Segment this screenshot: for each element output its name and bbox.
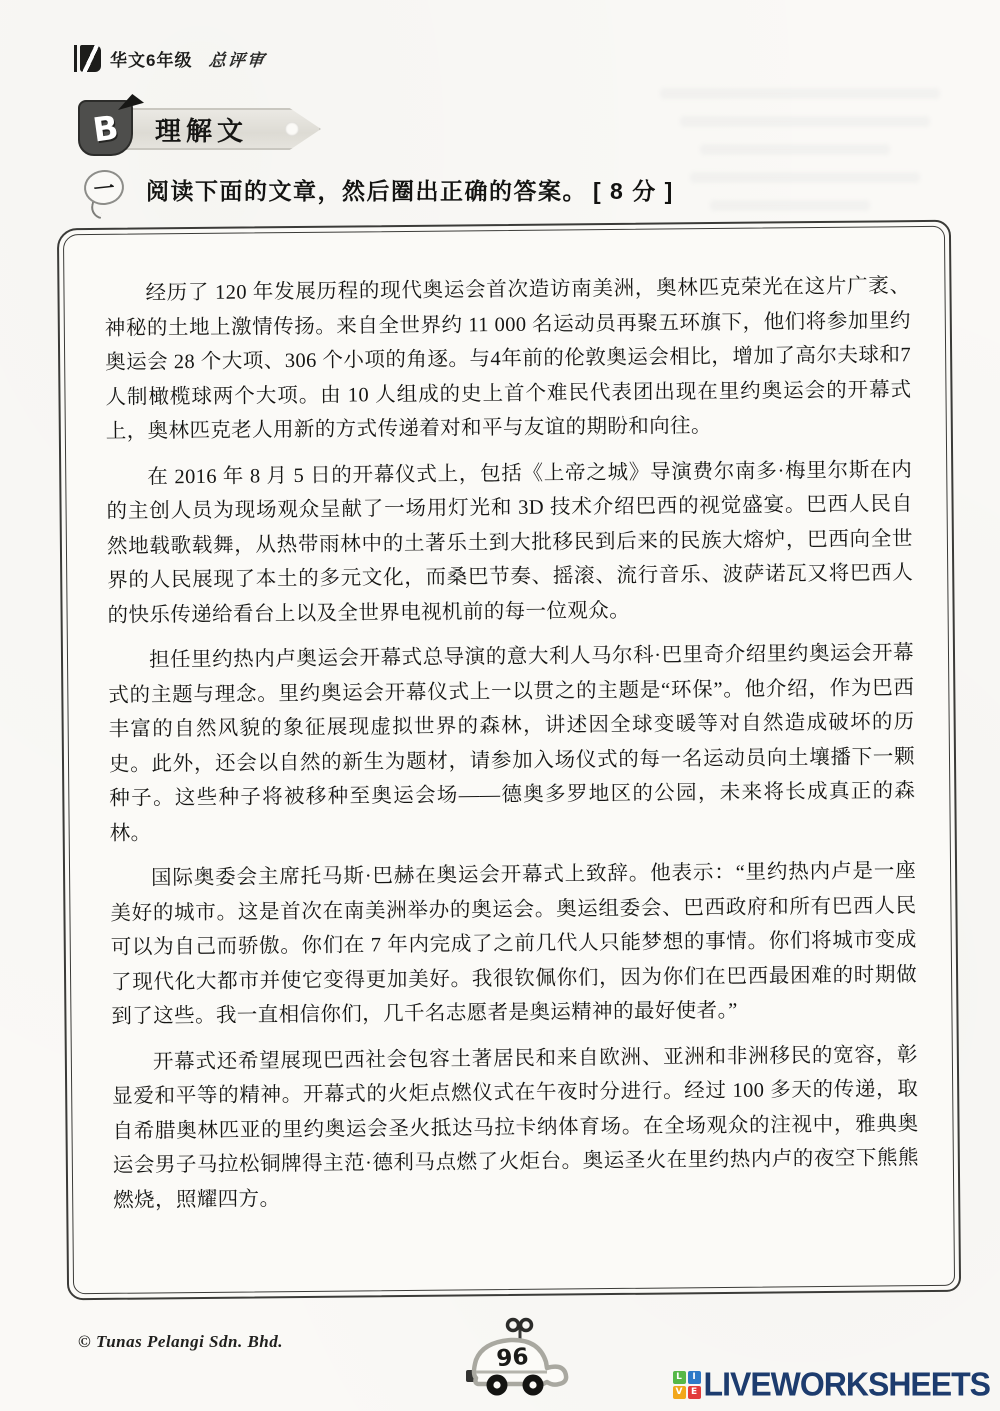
- liveworksheets-wordmark: LIVEWORKSHEETS: [704, 1365, 990, 1404]
- instruction-text: 阅读下面的文章，然后圈出正确的答案。: [146, 178, 587, 204]
- passage-paragraph: 国际奥委会主席托马斯·巴赫在奥运会开幕式上致辞。他表示：“里约热内卢是一座美好的…: [110, 854, 918, 1034]
- section-title-ribbon: 理解文: [125, 108, 321, 150]
- passage-text-area: 经历了 120 年发展历程的现代奥运会首次造访南美洲，奥林匹克荣光在这片广袤、神…: [63, 226, 955, 1294]
- liveworksheets-watermark: L I V E LIVEWORKSHEETS: [673, 1366, 990, 1403]
- logo-tile-e: E: [688, 1386, 701, 1399]
- logo-tile-v: V: [673, 1386, 686, 1399]
- section-title: 理解文: [155, 111, 248, 148]
- edition-title: 总评审: [208, 46, 268, 71]
- show-through-marks: [660, 88, 960, 228]
- passage-frame: 经历了 120 年发展历程的现代奥运会首次造访南美洲，奥林匹克荣光在这片广袤、神…: [57, 220, 961, 1301]
- passage-paragraph: 开幕式还希望展现巴西社会包容土著居民和来自欧洲、亚洲和非洲移民的宽容，彰显爱和平…: [112, 1038, 920, 1218]
- page-number: 96: [496, 1344, 530, 1372]
- question-number-circle: 一: [82, 168, 125, 207]
- liveworksheets-logo-icon: L I V E: [673, 1371, 701, 1399]
- logo-tile-i: I: [688, 1371, 701, 1384]
- series-title: 华文6年级: [110, 46, 192, 71]
- worksheet-page: 华文6年级 总评审 B 理解文 一 阅读下面的文章，然后圈出正确的答案。[ 8 …: [0, 0, 1000, 1411]
- ribbon-dot-decoration: [285, 122, 299, 136]
- publisher-logo-icon: [80, 45, 101, 72]
- passage-paragraph: 经历了 120 年发展历程的现代奥运会首次造访南美洲，奥林匹克荣光在这片广袤、神…: [104, 269, 912, 449]
- question-number: 一: [92, 171, 116, 203]
- section-badge: B 理解文: [78, 100, 321, 156]
- passage-paragraph: 在 2016 年 8 月 5 日的开幕仪式上，包括《上帝之城》导演费尔南多·梅里…: [106, 453, 914, 633]
- marks-allocation: [ 8 分 ]: [593, 178, 674, 204]
- page-number-car-icon: 96: [463, 1316, 581, 1411]
- question-instruction-row: 一 阅读下面的文章，然后圈出正确的答案。[ 8 分 ]: [84, 170, 674, 206]
- copyright-text: © Tunas Pelangi Sdn. Bhd.: [78, 1332, 283, 1352]
- question-instruction: 阅读下面的文章，然后圈出正确的答案。[ 8 分 ]: [146, 173, 674, 206]
- page-header: 华文6年级 总评审: [80, 45, 266, 72]
- section-letter-badge: B: [78, 100, 133, 156]
- passage-paragraph: 担任里约热内卢奥运会开幕式总导演的意大利人马尔科·巴里奇介绍里约奥运会开幕式的主…: [108, 636, 916, 851]
- logo-tile-l: L: [673, 1371, 686, 1384]
- section-letter: B: [90, 107, 120, 149]
